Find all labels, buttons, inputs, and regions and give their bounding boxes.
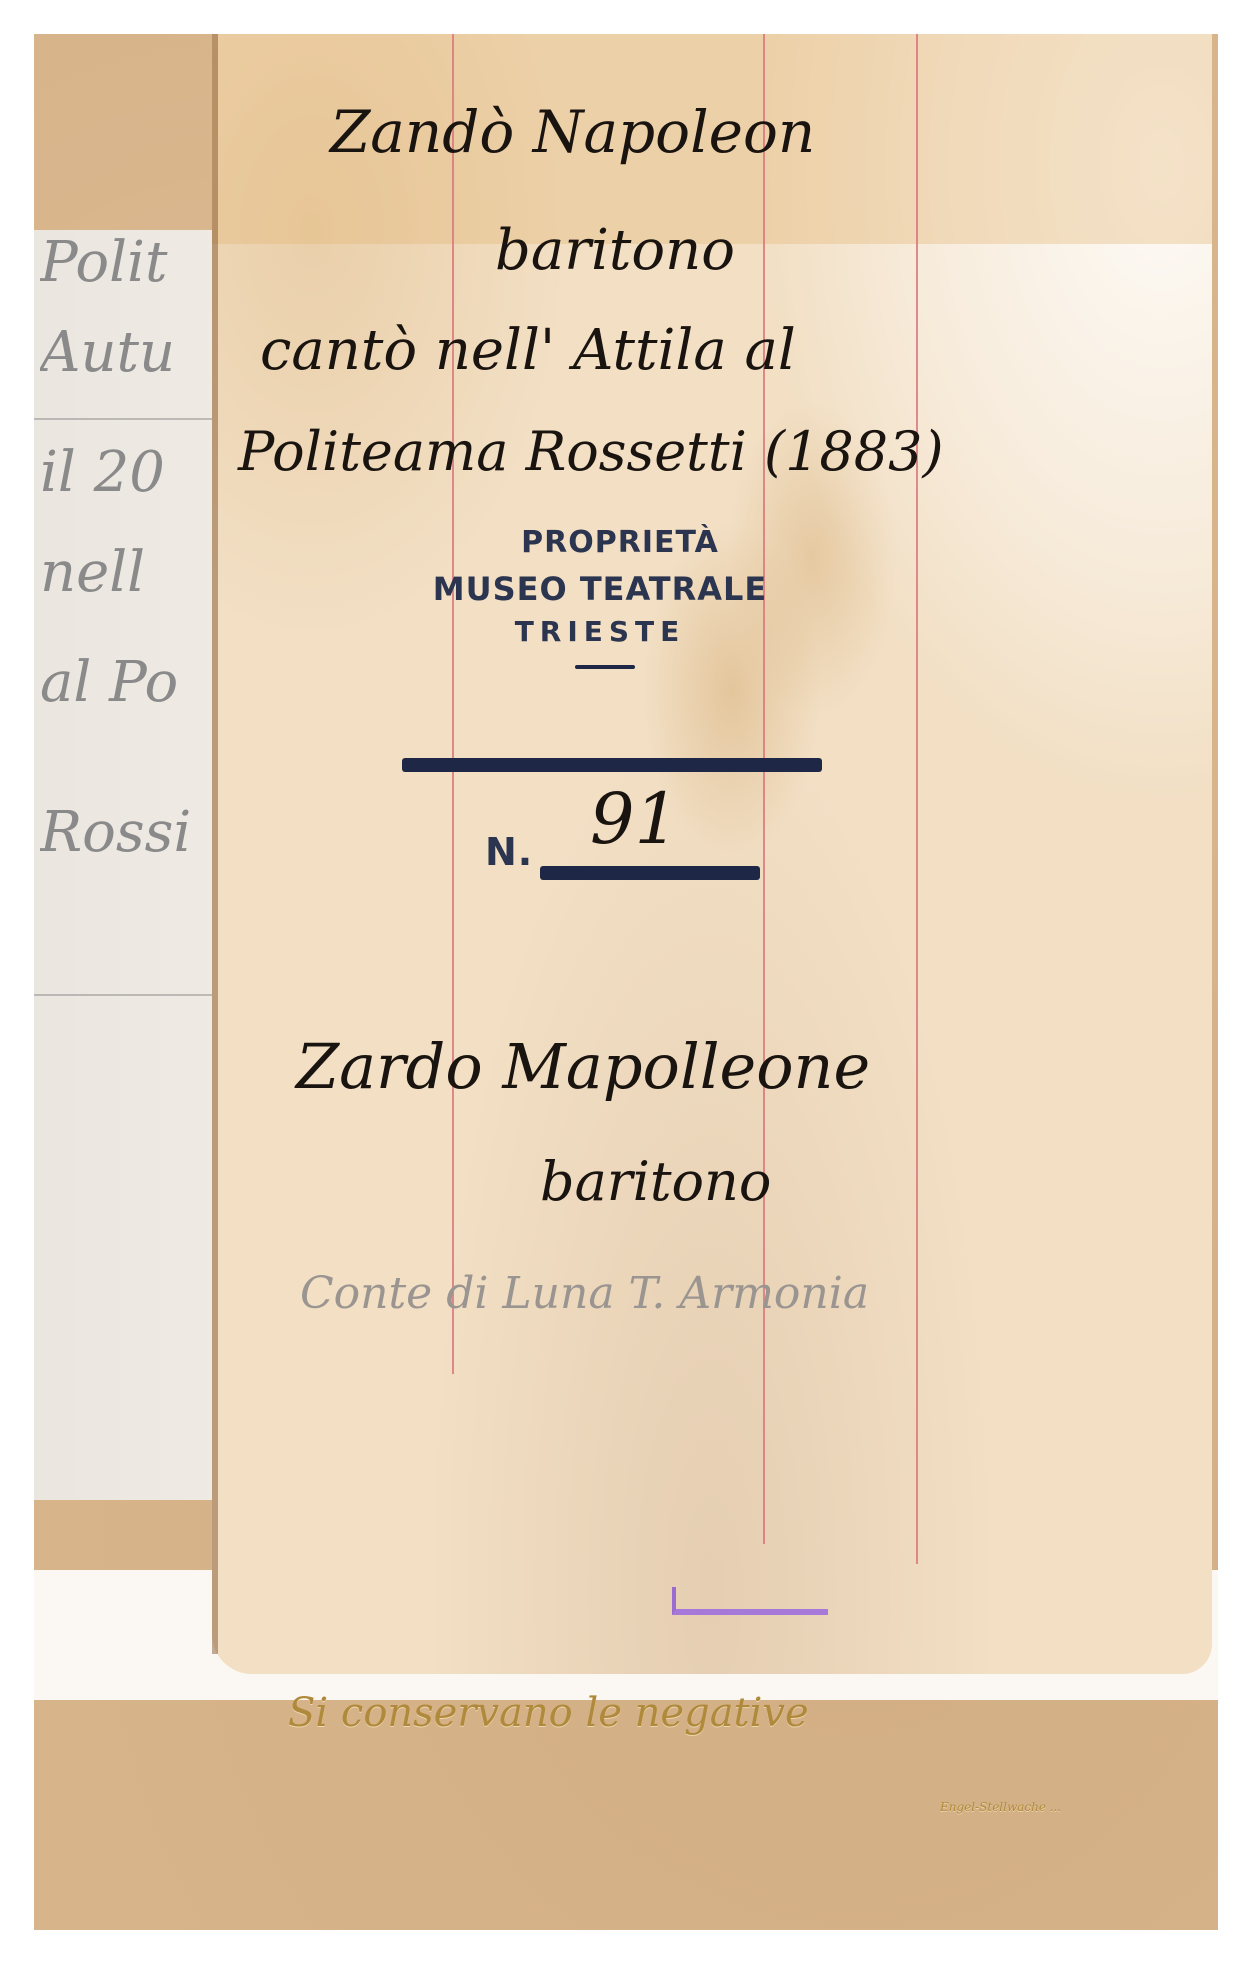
handwritten-performance: cantò nell' Attila al	[260, 318, 796, 383]
violet-stamp-fragment	[672, 1587, 828, 1615]
inventory-number: 91	[590, 778, 679, 860]
underlying-pencil-line: Autu	[40, 320, 230, 385]
handwritten-role-second: baritono	[540, 1150, 771, 1213]
underlying-sheet-rule	[34, 418, 234, 420]
stamp-line-3: TRIESTE	[480, 615, 720, 648]
underlying-pencil-line: nell	[40, 540, 230, 605]
handwritten-role: baritono	[495, 218, 735, 283]
underlying-pencil-line: al Po	[40, 650, 230, 715]
stamp-bar-top	[402, 758, 822, 772]
stamp-line-1: PROPRIETÀ	[500, 525, 740, 560]
stamp-bar-bottom	[540, 866, 760, 880]
stamp-dash	[575, 665, 635, 669]
printer-imprint: Engel-Stellwache ...	[940, 1800, 1061, 1814]
inventory-prefix: N.	[485, 830, 545, 874]
underlying-sheet-rule	[34, 994, 234, 996]
handwritten-venue: Politeama Rossetti (1883)	[238, 420, 944, 483]
ruled-line	[452, 34, 454, 1374]
handwritten-name-second: Zardo Mapolleone	[296, 1030, 870, 1103]
pencil-role-note: Conte di Luna T. Armonia	[300, 1268, 869, 1319]
underlying-pencil-line: il 20	[40, 440, 230, 505]
underlying-sheet	[34, 230, 234, 1500]
ruled-line	[916, 34, 918, 1564]
handwritten-name: Zandò Napoleon	[330, 98, 815, 166]
card-edge	[212, 34, 218, 1654]
stamp-line-2: MUSEO TEATRALE	[420, 570, 780, 608]
underlying-pencil-line: Rossi	[40, 800, 230, 865]
printed-footer: Si conservano le negative	[288, 1690, 809, 1736]
underlying-pencil-line: Polit	[40, 230, 230, 295]
